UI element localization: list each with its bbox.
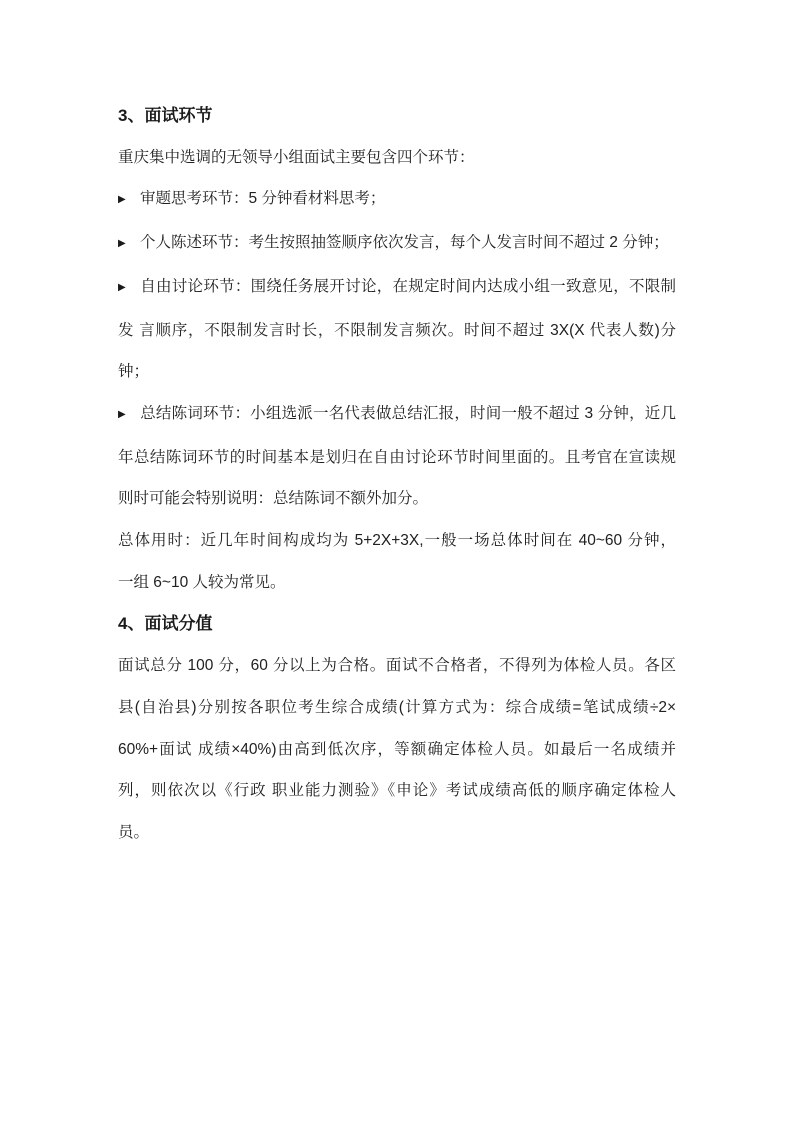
bullet-paragraph: ▶审题思考环节：5 分钟看材料思考； xyxy=(118,178,676,222)
paragraph: 重庆集中选调的无领导小组面试主要包含四个环节： xyxy=(118,137,676,179)
text-line: ▶总结陈词环节：小组选派一名代表做总结汇报，时间一般不超过 3 分钟，近几 xyxy=(118,393,676,437)
text-line: 县(自治县)分别按各职位考生综合成绩(计算方式为：综合成绩=笔试成绩÷2× xyxy=(118,687,676,729)
text-line: 则时可能会特别说明：总结陈词不额外加分。 xyxy=(118,478,676,520)
text-line: 重庆集中选调的无领导小组面试主要包含四个环节： xyxy=(118,137,676,179)
text-line: ▶审题思考环节：5 分钟看材料思考； xyxy=(118,178,676,222)
text-line: 总体用时：近几年时间构成均为 5+2X+3X,一般一场总体时间在 40~60 分… xyxy=(118,520,676,562)
text-line: 面试总分 100 分，60 分以上为合格。面试不合格者，不得列为体检人员。各区 xyxy=(118,645,676,687)
bullet-paragraph: ▶总结陈词环节：小组选派一名代表做总结汇报，时间一般不超过 3 分钟，近几年总结… xyxy=(118,393,676,520)
section-heading: 3、面试环节 xyxy=(118,95,676,137)
paragraph: 总体用时：近几年时间构成均为 5+2X+3X,一般一场总体时间在 40~60 分… xyxy=(118,520,676,603)
text-line: 60%+面试 成绩×40%)由高到低次序，等额确定体检人员。如最后一名成绩并 xyxy=(118,729,676,771)
text-line: 年总结陈词环节的时间基本是划归在自由讨论环节时间里面的。且考官在宣读规 xyxy=(118,437,676,479)
text-line: ▶个人陈述环节：考生按照抽签顺序依次发言，每个人发言时间不超过 2 分钟； xyxy=(118,222,676,266)
heading-text: 3、面试环节 xyxy=(118,95,676,137)
triangle-bullet-icon: ▶ xyxy=(118,179,140,221)
document-body: 3、面试环节重庆集中选调的无领导小组面试主要包含四个环节：▶审题思考环节：5 分… xyxy=(0,0,794,854)
bullet-paragraph: ▶个人陈述环节：考生按照抽签顺序依次发言，每个人发言时间不超过 2 分钟； xyxy=(118,222,676,266)
triangle-bullet-icon: ▶ xyxy=(118,223,140,265)
bullet-paragraph: ▶自由讨论环节：围绕任务展开讨论，在规定时间内达成小组一致意见，不限制发 言顺序… xyxy=(118,266,676,393)
section-heading: 4、面试分值 xyxy=(118,603,676,645)
heading-text: 4、面试分值 xyxy=(118,603,676,645)
text-line: 钟； xyxy=(118,351,676,393)
document-page: 3、面试环节重庆集中选调的无领导小组面试主要包含四个环节：▶审题思考环节：5 分… xyxy=(0,0,794,1122)
text-line: 一组 6~10 人较为常见。 xyxy=(118,562,676,604)
text-line: ▶自由讨论环节：围绕任务展开讨论，在规定时间内达成小组一致意见，不限制 xyxy=(118,266,676,310)
text-line: 列，则依次以《行政 职业能力测验》《申论》考试成绩高低的顺序确定体检人 xyxy=(118,770,676,812)
paragraph: 面试总分 100 分，60 分以上为合格。面试不合格者，不得列为体检人员。各区县… xyxy=(118,645,676,854)
text-line: 发 言顺序，不限制发言时长，不限制发言频次。时间不超过 3X(X 代表人数)分 xyxy=(118,310,676,352)
triangle-bullet-icon: ▶ xyxy=(118,267,140,309)
text-line: 员。 xyxy=(118,812,676,854)
triangle-bullet-icon: ▶ xyxy=(118,394,140,436)
